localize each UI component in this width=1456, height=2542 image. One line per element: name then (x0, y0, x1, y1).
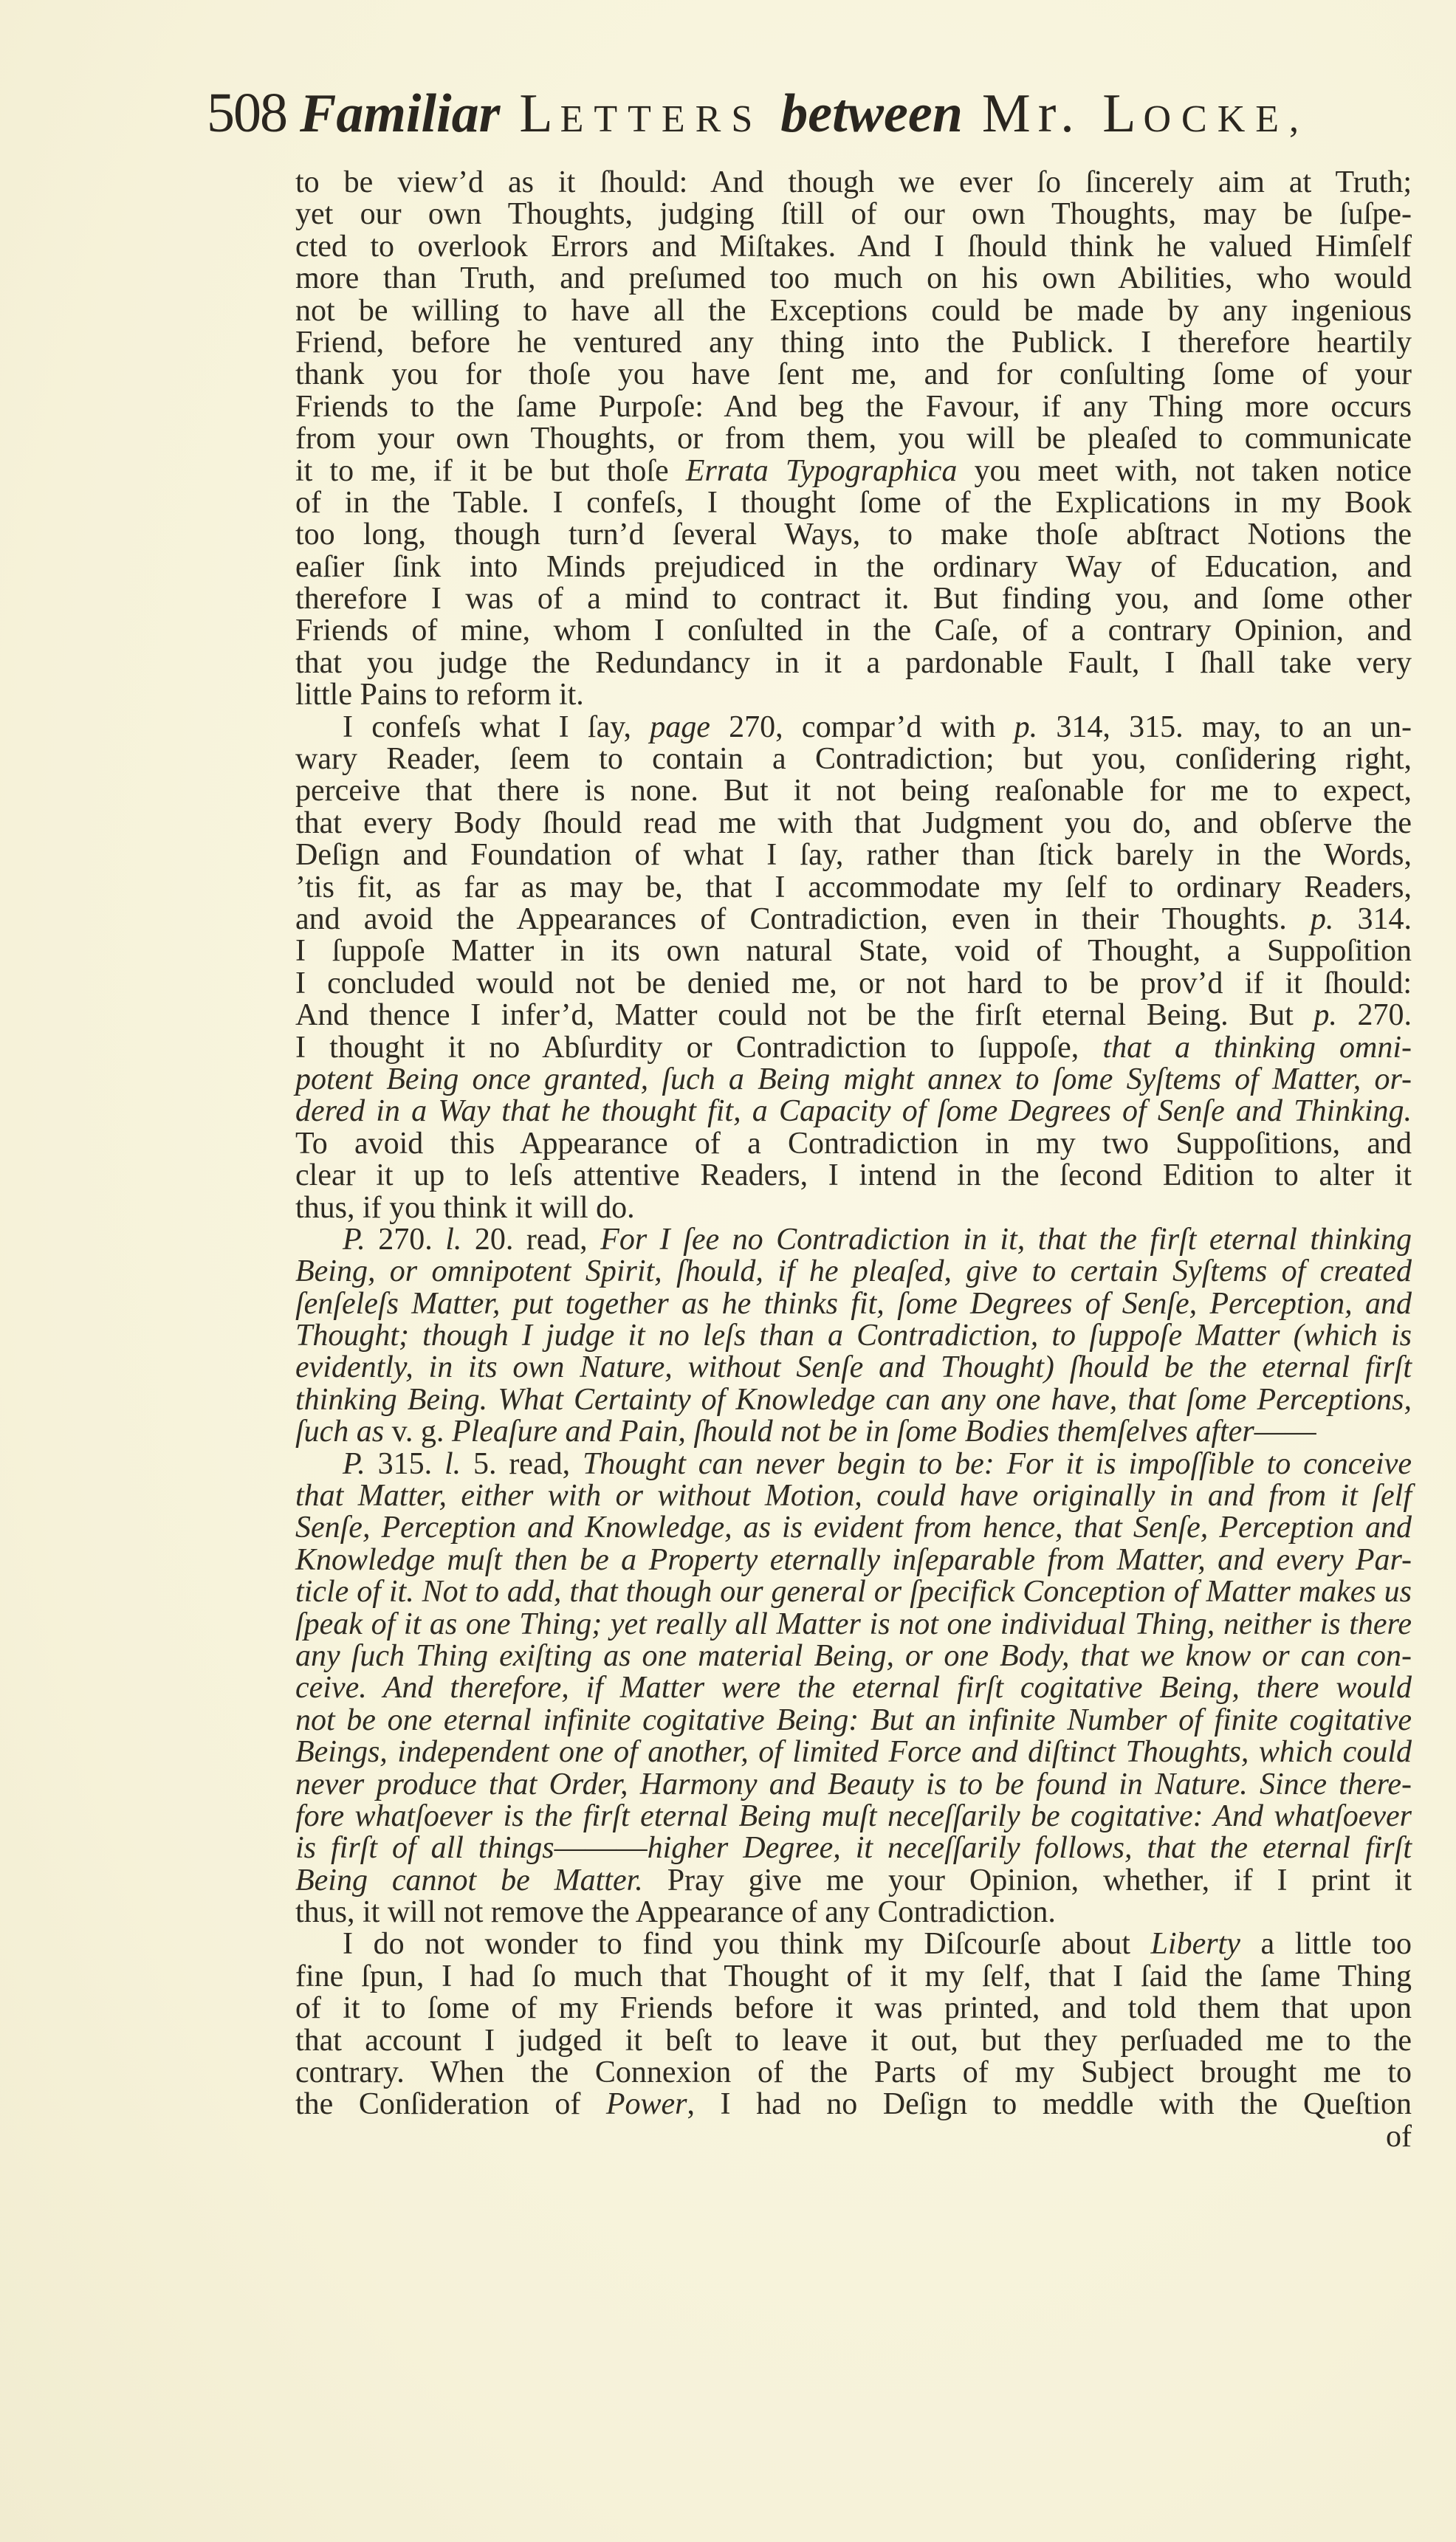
italic-text-segment: fore whatſoever is the firſt eternal Bei… (295, 1799, 1412, 1833)
text-line: it to me, if it be but thoſe Errata Typo… (295, 456, 1412, 487)
italic-text-segment: ceive. And therefore, if Matter were the… (295, 1671, 1412, 1705)
text-segment: 20. read, (461, 1223, 600, 1257)
text-segment: too long, though turn’d ſeveral Ways, to… (295, 518, 1412, 552)
text-segment: thus, it will not remove the Appearance … (295, 1895, 1056, 1929)
text-segment: I ſuppoſe Matter in its own natural Stat… (295, 934, 1412, 968)
italic-text-segment: Knowledge muſt then be a Property eterna… (295, 1543, 1412, 1577)
text-line: I confeſs what I ſay, page 270, compar’d… (295, 712, 1412, 743)
italic-text-segment: p. (1314, 998, 1337, 1032)
text-segment: 314. (1333, 902, 1412, 936)
italic-text-segment: ſuch as (295, 1415, 392, 1449)
text-line: yet our own Thoughts, judging ſtill of o… (295, 199, 1412, 230)
text-line: that every Body ſhould read me with that… (295, 808, 1412, 839)
text-segment: 315. (365, 1447, 444, 1481)
text-segment: you meet with, not taken notice (957, 454, 1412, 488)
text-segment: and avoid the Appearances of Contradicti… (295, 902, 1311, 936)
text-segment: v. g. (392, 1415, 452, 1449)
text-segment: contrary. When the Connexion of the Part… (295, 2055, 1412, 2089)
text-segment: 5. read, (461, 1447, 583, 1481)
text-line: to be view’d as it ſhould: And though we… (295, 167, 1412, 199)
text-segment: from your own Thoughts, or from them, yo… (295, 422, 1412, 456)
text-line: ceive. And therefore, if Matter were the… (295, 1672, 1412, 1704)
italic-text-segment: potent Being once granted, ſuch a Being … (295, 1062, 1412, 1096)
text-segment: perceive that there is none. But it not … (295, 774, 1412, 808)
text-line: I ſuppoſe Matter in its own natural Stat… (295, 935, 1412, 967)
text-segment: that every Body ſhould read me with that… (295, 806, 1412, 840)
text-segment: of in the Table. I confeſs, I thought ſo… (295, 486, 1412, 520)
text-segment: 314, 315. may, to an un- (1037, 710, 1412, 744)
text-line: thus, if you think it will do. (295, 1192, 1412, 1224)
text-line: is firſt of all things———higher Degree, … (295, 1832, 1412, 1864)
text-segment: I confeſs what I ſay, (343, 710, 650, 744)
italic-text-segment: l. (444, 1447, 461, 1481)
text-line: Friends to the ſame Purpoſe: And beg the… (295, 391, 1412, 423)
italic-text-segment: evidently, in its own Nature, without Se… (295, 1350, 1412, 1384)
italic-text-segment: ticle of it. Not to add, that though our… (295, 1575, 1412, 1609)
italic-text-segment: Pleaſure and Pain, ſhould not be in ſome… (452, 1415, 1254, 1449)
italic-text-segment: dered in a Way that he thought fit, a Ca… (295, 1094, 1412, 1128)
text-segment: it to me, if it be but thoſe (295, 454, 686, 488)
text-segment: of it to ſome of my Friends before it wa… (295, 1991, 1412, 2025)
running-head: 508 Familiar LETTERS between Mr. LOCKE, (207, 81, 1410, 162)
text-line: that you judge the Redundancy in it a pa… (295, 647, 1412, 679)
italic-text-segment: never produce that Order, Harmony and Be… (295, 1768, 1412, 1801)
text-line: Friend, before he ventured any thing int… (295, 327, 1412, 359)
italic-text-segment: page (650, 710, 710, 744)
italic-text-segment: ſpeak of it as one Thing; yet really all… (295, 1607, 1412, 1641)
body-text: to be view’d as it ſhould: And though we… (295, 167, 1412, 2153)
text-line: thank you for thoſe you have ſent me, an… (295, 359, 1412, 391)
text-segment: clear it up to leſs attentive Readers, I… (295, 1158, 1412, 1192)
italic-text-segment: higher Degree, it neceſſarily follows, t… (648, 1831, 1412, 1865)
italic-text-segment: Being cannot be Matter. (295, 1863, 643, 1897)
italic-text-segment: is firſt of all things (295, 1831, 554, 1865)
text-segment: Deſign and Foundation of what I ſay, rat… (295, 838, 1412, 872)
text-segment: cted to overlook Errors and Miſtakes. An… (295, 230, 1412, 264)
text-segment: Pray give me your Opinion, whether, if I… (643, 1863, 1412, 1897)
text-line: I thought it no Abſurdity or Contradicti… (295, 1032, 1412, 1064)
text-segment: more than Truth, and preſumed too much o… (295, 261, 1412, 295)
text-line: and avoid the Appearances of Contradicti… (295, 904, 1412, 935)
text-segment: I do not wonder to find you think my Diſ… (343, 1927, 1151, 1961)
text-line: not be willing to have all the Exception… (295, 295, 1412, 327)
text-segment: that account I judged it beſt to leave i… (295, 2024, 1412, 2058)
running-head-letters-rest: ETTERS (560, 98, 763, 140)
italic-text-segment: For I ſee no Contradiction in it, that t… (600, 1223, 1412, 1257)
italic-text-segment: p. (1311, 902, 1334, 936)
text-segment: I concluded would not be denied me, or n… (295, 966, 1412, 1000)
running-head-locke-rest: OCKE, (1143, 98, 1309, 140)
italic-text-segment: Senſe, Perception and Knowledge, as is e… (295, 1511, 1412, 1545)
running-head-letters-initial: L (519, 83, 560, 144)
text-line: from your own Thoughts, or from them, yo… (295, 423, 1412, 455)
text-segment: that you judge the Redundancy in it a pa… (295, 646, 1412, 680)
text-segment: —— (1254, 1415, 1316, 1449)
text-segment: not be willing to have all the Exception… (295, 294, 1412, 328)
text-line: thinking Being. What Certainty of Knowle… (295, 1384, 1412, 1416)
running-head-letters: LETTERS (519, 83, 763, 145)
italic-text-segment: that a thinking omni- (1102, 1031, 1412, 1065)
text-line: ticle of it. Not to add, that though our… (295, 1576, 1412, 1608)
text-line: I do not wonder to find you think my Diſ… (295, 1928, 1412, 1960)
text-line: more than Truth, and preſumed too much o… (295, 263, 1412, 295)
text-line: wary Reader, ſeem to contain a Contradic… (295, 743, 1412, 775)
catchword: of (295, 2121, 1412, 2153)
italic-text-segment: ſenſeleſs Matter, put together as he thi… (295, 1287, 1412, 1321)
text-line: ſenſeleſs Matter, put together as he thi… (295, 1288, 1412, 1320)
text-segment: Friends of mine, whom I conſulted in the… (295, 614, 1412, 647)
text-segment: thus, if you think it will do. (295, 1191, 635, 1225)
text-segment: the Conſideration of (295, 2087, 606, 2121)
text-line: ſpeak of it as one Thing; yet really all… (295, 1609, 1412, 1641)
text-line: Deſign and Foundation of what I ſay, rat… (295, 839, 1412, 871)
text-segment: fine ſpun, I had ſo much that Thought of… (295, 1959, 1412, 1993)
italic-text-segment: P. (343, 1223, 365, 1257)
text-line: ’tis fit, as far as may be, that I accom… (295, 872, 1412, 904)
text-segment: Friend, before he ventured any thing int… (295, 326, 1412, 360)
italic-text-segment: Thought can never begin to be: For it is… (583, 1447, 1412, 1481)
italic-text-segment: not be one eternal infinite cogitative B… (295, 1703, 1412, 1737)
italic-text-segment: thinking Being. What Certainty of Knowle… (295, 1383, 1412, 1417)
text-line: fore whatſoever is the firſt eternal Bei… (295, 1801, 1412, 1832)
text-line: Thought; though I judge it no leſs than … (295, 1320, 1412, 1352)
text-line: eaſier ſink into Minds prejudiced in the… (295, 552, 1412, 583)
text-segment: To avoid this Appearance of a Contradict… (295, 1127, 1412, 1161)
text-line: of it to ſome of my Friends before it wa… (295, 1993, 1412, 2024)
italic-text-segment: that Matter, either with or without Moti… (295, 1479, 1412, 1513)
text-line: any ſuch Thing exiſting as one material … (295, 1641, 1412, 1672)
text-segment: to be view’d as it ſhould: And though we… (295, 165, 1412, 199)
text-segment: 270. (365, 1223, 446, 1257)
book-page: 508 Familiar LETTERS between Mr. LOCKE, … (0, 0, 1456, 2542)
text-line: Senſe, Perception and Knowledge, as is e… (295, 1512, 1412, 1544)
text-line: cted to overlook Errors and Miſtakes. An… (295, 231, 1412, 263)
text-line: Knowledge muſt then be a Property eterna… (295, 1545, 1412, 1576)
text-line: And thence I infer’d, Matter could not b… (295, 1000, 1412, 1031)
italic-text-segment: Power (606, 2087, 687, 2121)
text-line: evidently, in its own Nature, without Se… (295, 1352, 1412, 1384)
text-segment: eaſier ſink into Minds prejudiced in the… (295, 550, 1412, 584)
italic-text-segment: Errata Typographica (686, 454, 958, 488)
text-line: too long, though turn’d ſeveral Ways, to… (295, 519, 1412, 551)
italic-text-segment: Being, or omnipotent Spirit, ſhould, if … (295, 1254, 1412, 1288)
text-line: Beings, independent one of another, of l… (295, 1737, 1412, 1768)
text-segment: , I had no Deſign to meddle with the Que… (687, 2087, 1412, 2121)
text-segment: wary Reader, ſeem to contain a Contradic… (295, 742, 1412, 776)
running-head-locke-initial: Mr. L (982, 83, 1144, 144)
text-line: fine ſpun, I had ſo much that Thought of… (295, 1961, 1412, 1993)
text-line: of in the Table. I confeſs, I thought ſo… (295, 487, 1412, 519)
italic-text-segment: Thought; though I judge it no leſs than … (295, 1319, 1412, 1353)
text-segment: a little too (1240, 1927, 1412, 1961)
italic-text-segment: P. (343, 1447, 365, 1481)
running-head-locke: Mr. LOCKE, (982, 83, 1309, 145)
page-number: 508 (207, 81, 286, 145)
text-line: Being cannot be Matter. Pray give me you… (295, 1865, 1412, 1897)
text-line: thus, it will not remove the Appearance … (295, 1897, 1412, 1928)
italic-text-segment: l. (445, 1223, 461, 1257)
text-line: P. 270. l. 20. read, For I ſee no Contra… (295, 1224, 1412, 1256)
text-line: never produce that Order, Harmony and Be… (295, 1769, 1412, 1801)
running-head-between: between (780, 83, 963, 145)
text-line: Being, or omnipotent Spirit, ſhould, if … (295, 1256, 1412, 1288)
text-segment: I thought it no Abſurdity or Contradicti… (295, 1031, 1102, 1065)
italic-text-segment: any ſuch Thing exiſting as one material … (295, 1639, 1412, 1673)
italic-text-segment: Beings, independent one of another, of l… (295, 1735, 1412, 1769)
text-segment: 270. (1337, 998, 1412, 1032)
text-line: dered in a Way that he thought fit, a Ca… (295, 1096, 1412, 1127)
text-segment: ——— (554, 1831, 648, 1865)
text-segment: ’tis fit, as far as may be, that I accom… (295, 870, 1412, 904)
italic-text-segment: p. (1014, 710, 1038, 744)
text-segment: thank you for thoſe you have ſent me, an… (295, 357, 1412, 391)
text-line: the Conſideration of Power, I had no Deſ… (295, 2089, 1412, 2120)
text-line: that Matter, either with or without Moti… (295, 1480, 1412, 1512)
text-line: perceive that there is none. But it not … (295, 775, 1412, 807)
text-line: I concluded would not be denied me, or n… (295, 968, 1412, 1000)
text-segment: Friends to the ſame Purpoſe: And beg the… (295, 390, 1412, 424)
text-line: P. 315. l. 5. read, Thought can never be… (295, 1449, 1412, 1480)
text-line: not be one eternal infinite cogitative B… (295, 1705, 1412, 1737)
text-line: To avoid this Appearance of a Contradict… (295, 1128, 1412, 1160)
text-line: Friends of mine, whom I conſulted in the… (295, 615, 1412, 647)
text-line: little Pains to reform it. (295, 679, 1412, 711)
text-segment: little Pains to reform it. (295, 678, 584, 712)
running-head-familiar: Familiar (300, 83, 500, 145)
text-segment: therefore I was of a mind to contract it… (295, 582, 1412, 616)
text-segment: 270, compar’d with (710, 710, 1014, 744)
text-line: ſuch as v. g. Pleaſure and Pain, ſhould … (295, 1416, 1412, 1448)
italic-text-segment: Liberty (1151, 1927, 1240, 1961)
text-line: contrary. When the Connexion of the Part… (295, 2057, 1412, 2089)
text-segment: And thence I infer’d, Matter could not b… (295, 998, 1314, 1032)
text-line: therefore I was of a mind to contract it… (295, 583, 1412, 615)
text-line: that account I judged it beſt to leave i… (295, 2025, 1412, 2057)
text-line: potent Being once granted, ſuch a Being … (295, 1064, 1412, 1096)
text-line: clear it up to leſs attentive Readers, I… (295, 1160, 1412, 1192)
text-segment: yet our own Thoughts, judging ſtill of o… (295, 197, 1412, 231)
